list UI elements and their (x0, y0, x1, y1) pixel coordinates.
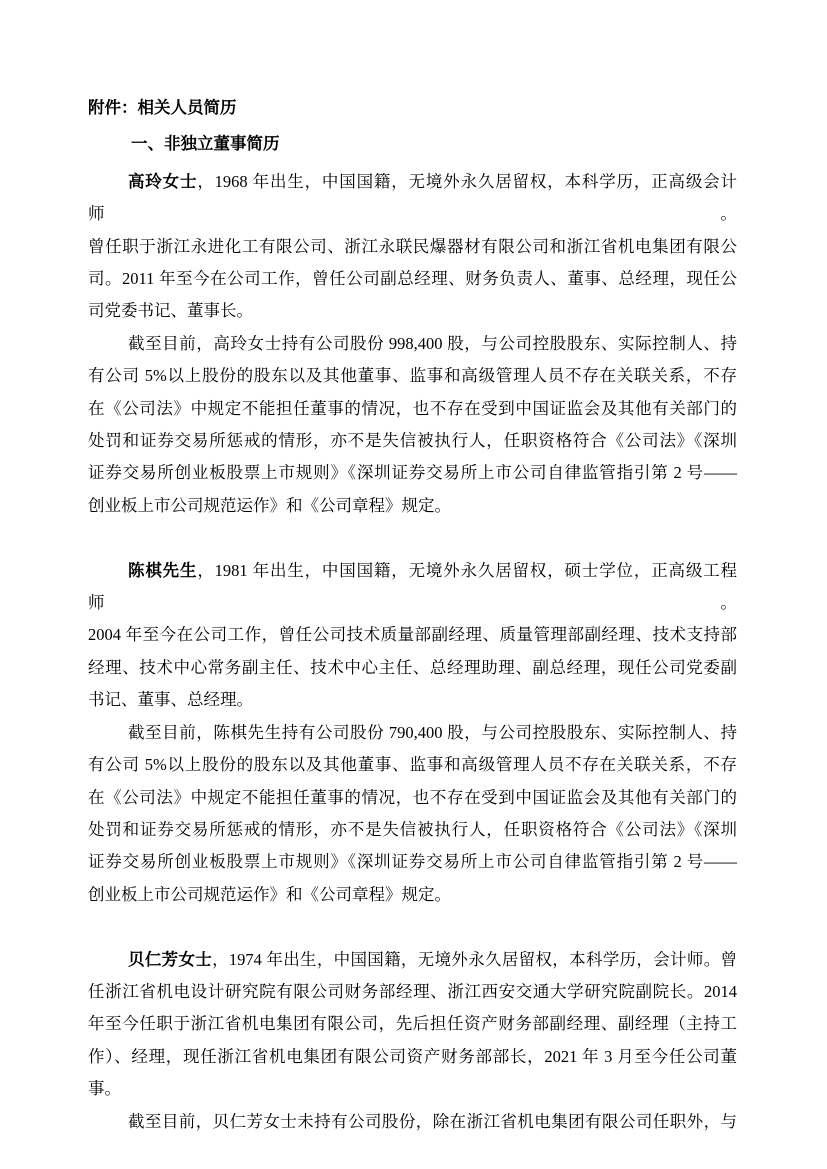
text-line: 经理、技术中心常务副主任、技术中心主任、总经理助理、副总经理，现任公司党委副 (88, 652, 737, 684)
text-line: 任浙江省机电设计研究院有限公司财务部经理、浙江西安交通大学研究院副院长。2014 (88, 976, 737, 1008)
text-line: 事。 (88, 1073, 737, 1105)
chen-qi-bio: 陈棋先生，1981 年出生，中国国籍，无境外永久居留权，硕士学位，正高级工程师。… (88, 555, 737, 717)
text-line: 证券交易所创业板股票上市规则》《深圳证券交易所上市公司自律监管指引第 2 号—— (88, 457, 737, 489)
person-name: 高玲女士 (128, 172, 197, 191)
text-line: 陈棋先生，1981 年出生，中国国籍，无境外永久居留权，硕士学位，正高级工程师。 (88, 555, 737, 620)
person-name: 贝仁芳女士 (128, 950, 212, 969)
gao-ling-holdings: 截至目前，高玲女士持有公司股份 998,400 股，与公司控股股东、实际控制人、… (88, 328, 737, 522)
text-line: 截至目前，高玲女士持有公司股份 998,400 股，与公司控股股东、实际控制人、… (88, 328, 737, 360)
gao-ling-bio: 高玲女士，1968 年出生，中国国籍，无境外永久居留权，本科学历，正高级会计师。… (88, 166, 737, 328)
document-page: 附件：相关人员简历 一、非独立董事简历 高玲女士，1968 年出生，中国国籍，无… (0, 0, 827, 1169)
chen-qi-holdings: 截至目前，陈棋先生持有公司股份 790,400 股，与公司控股股东、实际控制人、… (88, 717, 737, 911)
text-line: 曾任职于浙江永进化工有限公司、浙江永联民爆器材有限公司和浙江省机电集团有限公 (88, 231, 737, 263)
text-line: 作）、经理，现任浙江省机电集团有限公司资产财务部部长，2021 年 3 月至今任… (88, 1041, 737, 1073)
text-line: 书记、董事、总经理。 (88, 684, 737, 716)
attachment-title: 附件：相关人员简历 (88, 92, 737, 124)
text-line: 截至目前，贝仁芳女士未持有公司股份，除在浙江省机电集团有限公司任职外，与 (88, 1106, 737, 1138)
person-name: 陈棋先生 (128, 561, 197, 580)
section-heading: 一、非独立董事简历 (88, 128, 737, 160)
text-line: 创业板上市公司规范运作》和《公司章程》规定。 (88, 879, 737, 911)
text-line: 在《公司法》中规定不能担任董事的情况，也不存在受到中国证监会及其他有关部门的 (88, 782, 737, 814)
text-line: 贝仁芳女士，1974 年出生，中国国籍，无境外永久居留权，本科学历，会计师。曾 (88, 944, 737, 976)
text-line: 2004 年至今在公司工作，曾任公司技术质量部副经理、质量管理部副经理、技术支持… (88, 619, 737, 651)
bei-renfang-bio: 贝仁芳女士，1974 年出生，中国国籍，无境外永久居留权，本科学历，会计师。曾任… (88, 944, 737, 1106)
text-line: 截至目前，陈棋先生持有公司股份 790,400 股，与公司控股股东、实际控制人、… (88, 717, 737, 749)
bei-renfang-holdings: 截至目前，贝仁芳女士未持有公司股份，除在浙江省机电集团有限公司任职外，与 (88, 1106, 737, 1138)
text-line: 有公司 5%以上股份的股东以及其他董事、监事和高级管理人员不存在关联关系，不存 (88, 360, 737, 392)
text-line: 司。2011 年至今在公司工作，曾任公司副总经理、财务负责人、董事、总经理，现任… (88, 263, 737, 295)
resume-paragraphs: 高玲女士，1968 年出生，中国国籍，无境外永久居留权，本科学历，正高级会计师。… (88, 166, 737, 1138)
text-line: 司党委书记、董事长。 (88, 295, 737, 327)
text-line: 处罚和证券交易所惩戒的情形，亦不是失信被执行人，任职资格符合《公司法》《深圳 (88, 425, 737, 457)
text-line: 创业板上市公司规范运作》和《公司章程》规定。 (88, 490, 737, 522)
text-line: 年至今任职于浙江省机电集团有限公司，先后担任资产财务部副经理、副经理（主持工 (88, 1008, 737, 1040)
text-line: 在《公司法》中规定不能担任董事的情况，也不存在受到中国证监会及其他有关部门的 (88, 393, 737, 425)
text-line: 有公司 5%以上股份的股东以及其他董事、监事和高级管理人员不存在关联关系，不存 (88, 749, 737, 781)
text-line: 证券交易所创业板股票上市规则》《深圳证券交易所上市公司自律监管指引第 2 号—— (88, 846, 737, 878)
text-line: 高玲女士，1968 年出生，中国国籍，无境外永久居留权，本科学历，正高级会计师。 (88, 166, 737, 231)
text-line: 处罚和证券交易所惩戒的情形，亦不是失信被执行人，任职资格符合《公司法》《深圳 (88, 814, 737, 846)
